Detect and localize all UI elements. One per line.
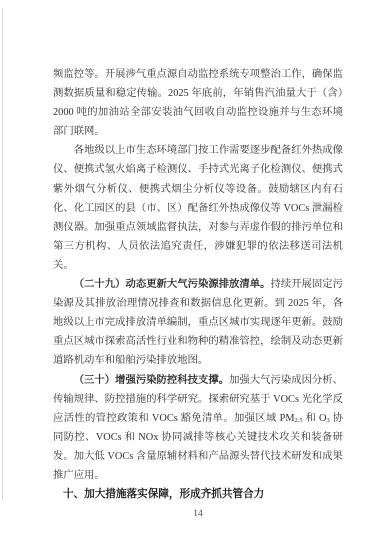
text-run: 各地级以上市生态环境部门按工作需要逐步配备红外热成像仪、便携式氢火焰离子检测仪、…: [53, 145, 343, 271]
section-heading: 十、加大措施落实保障，形成齐抓共管合力: [53, 485, 343, 504]
page-number: 14: [53, 506, 343, 522]
text-run: 持续开展固定污染源及其排放治理情况排查和数据信息化更新。到 2025 年，各地级…: [53, 279, 343, 366]
paragraph: （三十）增强污染防控科技支撑。加强大气污染成因分析、传输规律、防控措施的科学研究…: [53, 371, 343, 486]
scan-artifact-line: [2, 8, 3, 500]
document-page: { "document": { "paragraphs": [ { "inden…: [0, 0, 390, 551]
paragraph: 频监控等。开展涉气重点源自动监控系统专项整治工作，确保监测数据质量和稳定传输。2…: [53, 65, 343, 141]
text-run: 频监控等。开展涉气重点源自动监控系统专项整治工作，确保监测数据质量和稳定传输。2…: [53, 69, 343, 137]
text-run: 和 O: [303, 413, 327, 424]
document-body: 频监控等。开展涉气重点源自动监控系统专项整治工作，确保监测数据质量和稳定传输。2…: [53, 65, 343, 522]
subscript-run: 2.5: [295, 417, 303, 424]
paragraph: 各地级以上市生态环境部门按工作需要逐步配备红外热成像仪、便携式氢火焰离子检测仪、…: [53, 141, 343, 275]
bold-run: （二十九）动态更新大气污染源排放清单。: [74, 279, 271, 290]
bold-run: （三十）增强污染防控科技支撑。: [74, 375, 229, 386]
paragraph: （二十九）动态更新大气污染源排放清单。持续开展固定污染源及其排放治理情况排查和数…: [53, 275, 343, 370]
paragraphs-container: 频监控等。开展涉气重点源自动监控系统专项整治工作，确保监测数据质量和稳定传输。2…: [53, 65, 343, 485]
